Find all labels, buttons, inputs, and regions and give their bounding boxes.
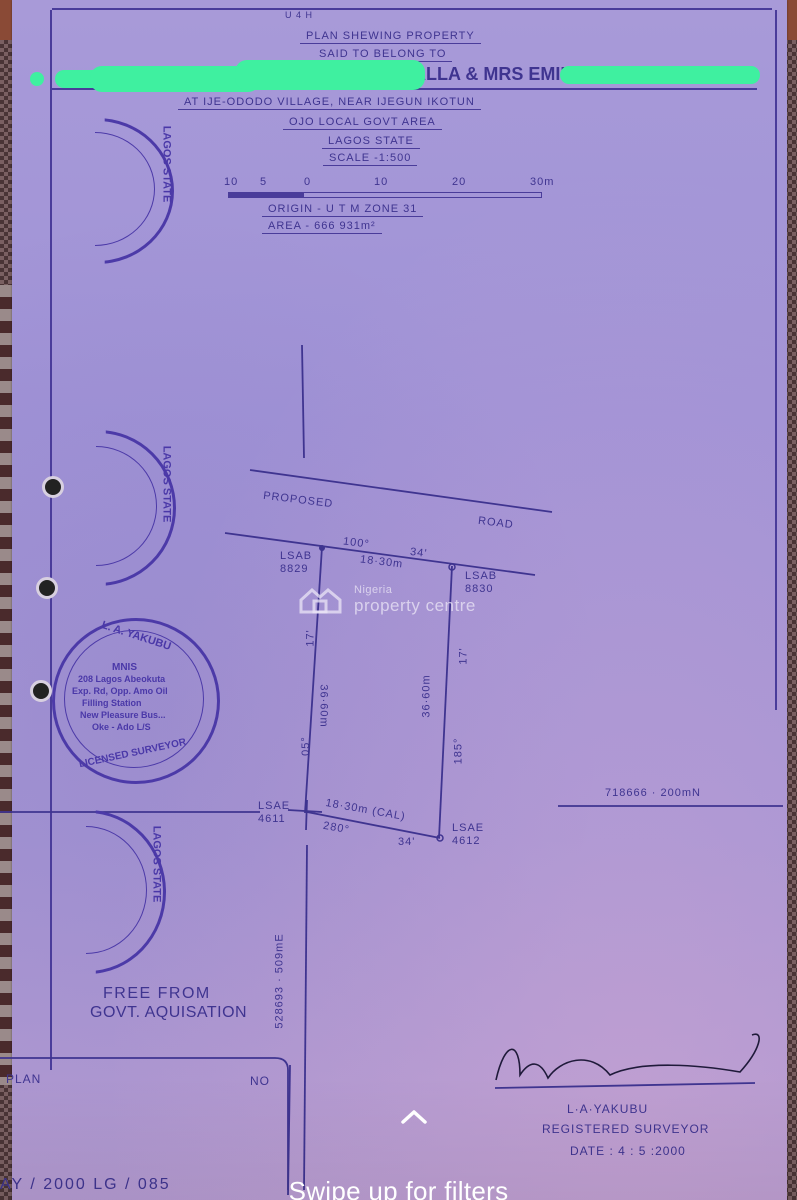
stamp-line: MNIS xyxy=(112,662,137,673)
bottom-minutes: 34' xyxy=(398,836,415,848)
stamp-text: LAGOS STATE xyxy=(160,126,172,203)
free-from-line-1: FREE FROM xyxy=(103,985,211,1003)
beacon-label: LSAB8829 xyxy=(280,550,312,576)
stamp-line: 208 Lagos Abeokuta xyxy=(78,674,165,684)
right-bearing: 185° xyxy=(452,738,464,765)
stamp-line: New Pleasure Bus... xyxy=(80,710,166,720)
house-logo-icon xyxy=(298,586,344,616)
easting-coordinate: 528693 · 509mE xyxy=(274,933,286,1028)
beacon-label: LSAE4611 xyxy=(258,800,290,826)
beacon-label: LSAB8830 xyxy=(465,570,497,596)
stamp-line: Exp. Rd, Opp. Amo Oil xyxy=(72,686,168,696)
left-length: 36·60m xyxy=(318,684,330,727)
watermark-small: Nigeria xyxy=(354,584,392,596)
stamp-text: LAGOS STATE xyxy=(150,826,162,903)
chevron-up-icon[interactable] xyxy=(400,1108,428,1124)
top-minutes: 34' xyxy=(409,546,428,560)
northing-coordinate: 718666 · 200mN xyxy=(605,787,701,799)
stamp-line: Filling Station xyxy=(82,698,142,708)
right-minutes: 17' xyxy=(458,647,470,664)
stamp-text: LAGOS STATE xyxy=(160,446,172,523)
beacon-label: LSAE4612 xyxy=(452,822,484,848)
punch-hole xyxy=(36,577,58,599)
left-bearing: 05° xyxy=(300,736,312,756)
watermark-large: property centre xyxy=(354,596,476,616)
free-from-line-2: GOVT. AQUISATION xyxy=(90,1004,247,1022)
punch-hole xyxy=(30,680,52,702)
right-length: 36·60m xyxy=(421,674,433,717)
punch-hole xyxy=(42,476,64,498)
swipe-up-hint[interactable]: Swipe up for filters xyxy=(0,1176,797,1200)
stamp-line: Oke - Ado L/S xyxy=(92,722,151,732)
left-minutes: 17' xyxy=(305,629,317,646)
